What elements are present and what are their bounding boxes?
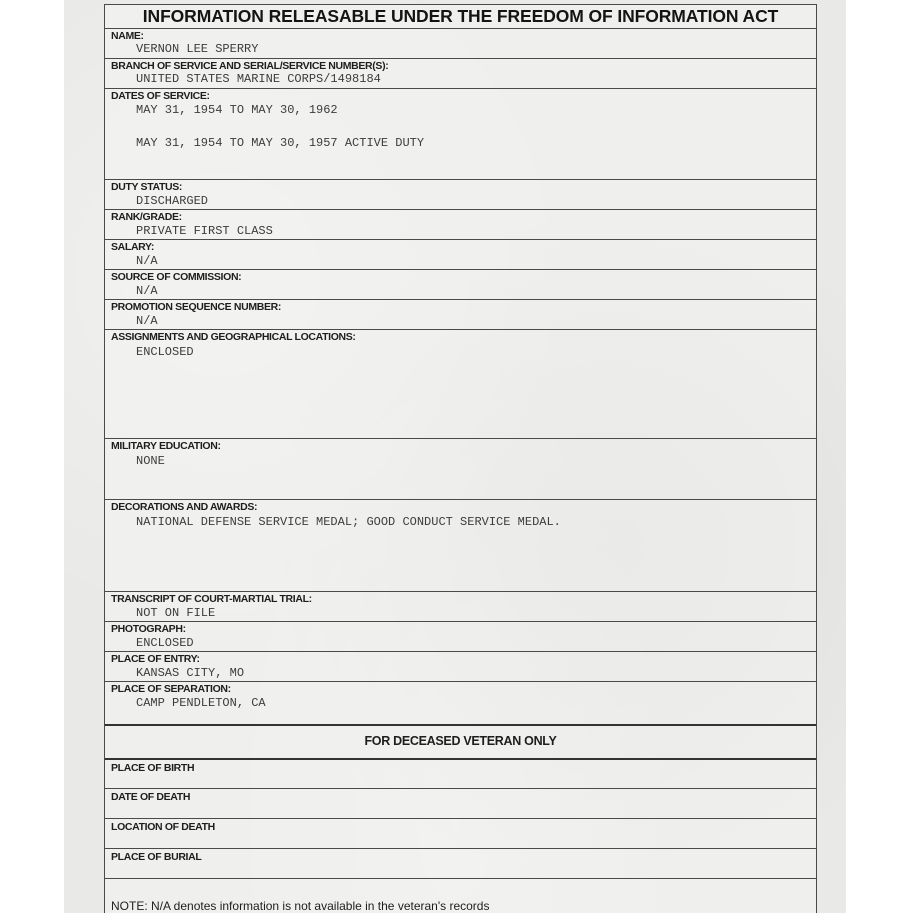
field-value: N/A [136, 284, 158, 298]
field-salary: SALARY: N/A [105, 239, 816, 269]
field-place-of-burial: PLACE OF BURIAL [105, 848, 816, 878]
field-label: PROMOTION SEQUENCE NUMBER: [111, 301, 281, 313]
field-photograph: PHOTOGRAPH: ENCLOSED [105, 621, 816, 651]
field-label: MILITARY EDUCATION: [111, 440, 221, 452]
field-value: ENCLOSED [136, 636, 194, 650]
field-value: NATIONAL DEFENSE SERVICE MEDAL; GOOD CON… [136, 515, 561, 529]
field-value: ENCLOSED [136, 345, 194, 359]
field-rank-grade: RANK/GRADE: PRIVATE FIRST CLASS [105, 209, 816, 239]
field-label: ASSIGNMENTS AND GEOGRAPHICAL LOCATIONS: [111, 331, 356, 343]
field-value: KANSAS CITY, MO [136, 666, 244, 680]
field-value: N/A [136, 254, 158, 268]
field-value: CAMP PENDLETON, CA [136, 696, 266, 710]
field-value: NOT ON FILE [136, 606, 215, 620]
field-branch: BRANCH OF SERVICE AND SERIAL/SERVICE NUM… [105, 58, 816, 88]
field-label: SOURCE OF COMMISSION: [111, 271, 241, 283]
field-label: LOCATION OF DEATH [111, 821, 215, 833]
field-military-education: MILITARY EDUCATION: NONE [105, 438, 816, 499]
field-value: VERNON LEE SPERRY [136, 42, 258, 56]
field-duty-status: DUTY STATUS: DISCHARGED [105, 179, 816, 209]
field-value: DISCHARGED [136, 194, 208, 208]
field-decorations-and-awards: DECORATIONS AND AWARDS: NATIONAL DEFENSE… [105, 499, 816, 591]
field-label: SALARY: [111, 241, 154, 253]
field-dates-of-service: DATES OF SERVICE: MAY 31, 1954 TO MAY 30… [105, 88, 816, 179]
field-label: PLACE OF BIRTH [111, 762, 194, 774]
field-value: N/A [136, 314, 158, 328]
field-label: DATES OF SERVICE: [111, 90, 210, 102]
field-name: NAME: VERNON LEE SPERRY [105, 28, 816, 58]
field-label: TRANSCRIPT OF COURT-MARTIAL TRIAL: [111, 593, 312, 605]
field-source-of-commission: SOURCE OF COMMISSION: N/A [105, 269, 816, 299]
field-value-total-service: MAY 31, 1954 TO MAY 30, 1962 [136, 103, 338, 117]
field-place-of-separation: PLACE OF SEPARATION: CAMP PENDLETON, CA [105, 681, 816, 724]
section-heading: FOR DECEASED VETERAN ONLY [105, 734, 816, 748]
field-value: PRIVATE FIRST CLASS [136, 224, 273, 238]
field-assignments: ASSIGNMENTS AND GEOGRAPHICAL LOCATIONS: … [105, 329, 816, 438]
field-date-of-death: DATE OF DEATH [105, 788, 816, 818]
field-place-of-entry: PLACE OF ENTRY: KANSAS CITY, MO [105, 651, 816, 681]
note-row: NOTE: N/A denotes information is not ava… [105, 878, 816, 913]
field-label: BRANCH OF SERVICE AND SERIAL/SERVICE NUM… [111, 60, 388, 72]
field-label: RANK/GRADE: [111, 211, 182, 223]
field-label: PHOTOGRAPH: [111, 623, 186, 635]
field-label: PLACE OF BURIAL [111, 851, 201, 863]
form-title-row: INFORMATION RELEASABLE UNDER THE FREEDOM… [105, 5, 816, 28]
deceased-section-header: FOR DECEASED VETERAN ONLY [105, 724, 816, 758]
field-value: NONE [136, 454, 165, 468]
field-court-martial-transcript: TRANSCRIPT OF COURT-MARTIAL TRIAL: NOT O… [105, 591, 816, 621]
field-label: DECORATIONS AND AWARDS: [111, 501, 257, 513]
field-label: DATE OF DEATH [111, 791, 190, 803]
field-label: DUTY STATUS: [111, 181, 182, 193]
field-label: NAME: [111, 30, 144, 42]
field-label: PLACE OF ENTRY: [111, 653, 200, 665]
field-promotion-sequence-number: PROMOTION SEQUENCE NUMBER: N/A [105, 299, 816, 329]
field-label: PLACE OF SEPARATION: [111, 683, 231, 695]
field-place-of-birth: PLACE OF BIRTH [105, 758, 816, 788]
foia-release-form: INFORMATION RELEASABLE UNDER THE FREEDOM… [104, 4, 817, 913]
field-location-of-death: LOCATION OF DEATH [105, 818, 816, 848]
note-text: NOTE: N/A denotes information is not ava… [111, 899, 489, 913]
form-title: INFORMATION RELEASABLE UNDER THE FREEDOM… [105, 5, 816, 28]
field-value-active-duty: MAY 31, 1954 TO MAY 30, 1957 ACTIVE DUTY [136, 136, 424, 150]
field-value: UNITED STATES MARINE CORPS/1498184 [136, 72, 381, 86]
